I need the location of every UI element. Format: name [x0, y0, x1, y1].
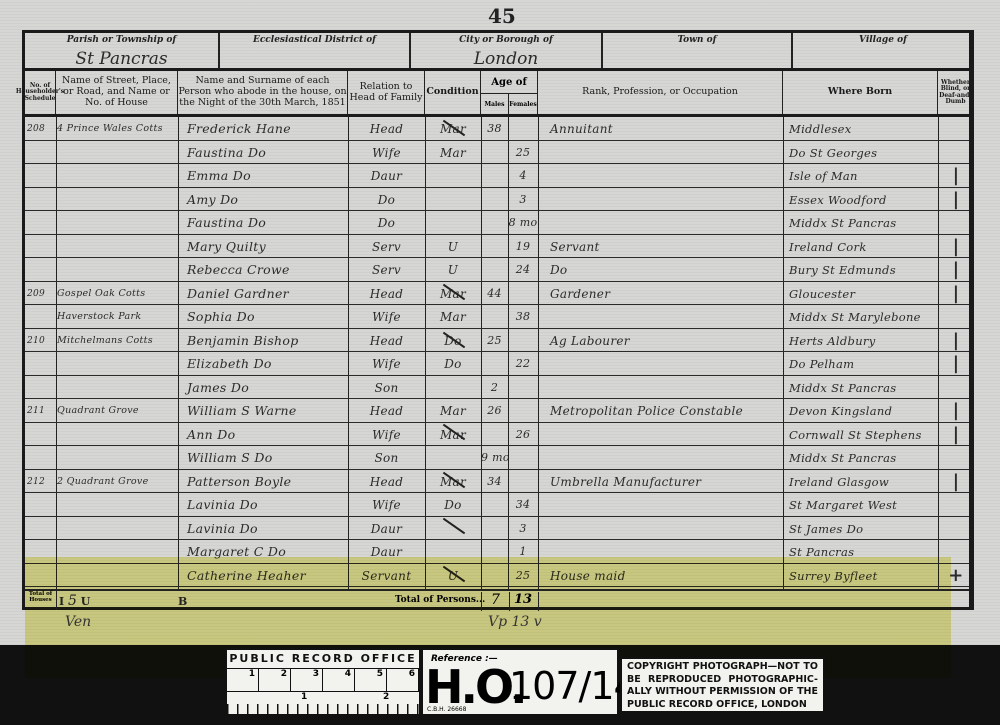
- cell-female: [508, 376, 538, 398]
- cell-occupation: [538, 141, 795, 163]
- cell-name: Mary Quilty: [181, 235, 355, 257]
- cell-schedule: 209: [27, 282, 57, 304]
- cell-name: Catherine Heaher: [181, 564, 355, 586]
- totals-row: Total of Houses I 5 U B Total of Persons…: [25, 589, 969, 610]
- cell-female: 25: [508, 564, 538, 586]
- cell-male: [481, 493, 508, 515]
- cell-occupation: Do: [538, 258, 795, 280]
- census-page: 45 Parish or Township of St Pancras Eccl…: [0, 0, 1000, 645]
- cell-blind: [938, 517, 974, 539]
- cell-blind: [938, 376, 974, 398]
- table-row: Ann DoWifeMar26Cornwall St Stephens|: [25, 423, 969, 447]
- cell-born: St Margaret West: [783, 493, 944, 515]
- cell-blind: |: [938, 423, 974, 445]
- cell-relation: Do: [348, 188, 425, 210]
- cell-blind: |: [938, 164, 974, 186]
- cell-name: Faustina Do: [181, 211, 355, 233]
- cell-condition: Mar: [425, 399, 481, 421]
- cell-female: [508, 329, 538, 351]
- cell-female: [508, 446, 538, 468]
- cell-schedule: [27, 305, 57, 327]
- cell-schedule: [27, 211, 57, 233]
- ecclesiastical-district-field: Ecclesiastical District of: [220, 33, 411, 68]
- cell-relation: Wife: [348, 305, 425, 327]
- cell-name: Faustina Do: [181, 141, 355, 163]
- cell-street: [57, 258, 179, 280]
- cell-female: [508, 470, 538, 492]
- cell-street: [57, 493, 179, 515]
- cell-male: [481, 258, 508, 280]
- cell-schedule: [27, 141, 57, 163]
- cell-born: Middx St Pancras: [783, 446, 944, 468]
- cell-blind: |: [938, 470, 974, 492]
- cell-schedule: [27, 352, 57, 374]
- cell-male: 2: [481, 376, 508, 398]
- cell-street: [57, 517, 179, 539]
- cell-street: [57, 352, 179, 374]
- cell-blind: |: [938, 329, 974, 351]
- cell-name: Margaret C Do: [181, 540, 355, 562]
- cell-schedule: [27, 517, 57, 539]
- cell-born: St Pancras: [783, 540, 944, 562]
- cell-name: Benjamin Bishop: [181, 329, 355, 351]
- cell-male: [481, 564, 508, 586]
- cell-schedule: [27, 164, 57, 186]
- cell-schedule: 212: [27, 470, 57, 492]
- cell-born: Ireland Glasgow: [783, 470, 944, 492]
- cell-condition: [425, 376, 481, 398]
- cell-born: Herts Aldbury: [783, 329, 944, 351]
- col-females: Females: [508, 94, 538, 114]
- cell-condition: Do: [425, 352, 481, 374]
- cell-occupation: [538, 376, 795, 398]
- cell-born: Ireland Cork: [783, 235, 944, 257]
- table-row: Haverstock ParkSophia DoWifeMar38Middx S…: [25, 305, 969, 329]
- cell-schedule: [27, 188, 57, 210]
- cell-condition: [425, 446, 481, 468]
- cell-born: Bury St Edmunds: [783, 258, 944, 280]
- reference-box: Reference :— H.O. 107/1498 C.B.H. 26668: [421, 648, 619, 716]
- table-row: Rebecca CroweServU24DoBury St Edmunds|: [25, 258, 969, 282]
- total-houses-label: Total of Houses: [25, 591, 57, 610]
- cell-street: [57, 376, 179, 398]
- col-males: Males: [481, 94, 509, 114]
- cell-male: 26: [481, 399, 508, 421]
- col-blind-deaf: Whether Blind, or Deaf-and-Dumb: [938, 71, 973, 114]
- cell-name: Amy Do: [181, 188, 355, 210]
- cell-born: Gloucester: [783, 282, 944, 304]
- ruler-inch-scale: 1 2: [227, 692, 419, 714]
- cell-name: Emma Do: [181, 164, 355, 186]
- cell-blind: |: [938, 352, 974, 374]
- cell-relation: Son: [348, 446, 425, 468]
- cell-street: [57, 564, 179, 586]
- cell-occupation: Umbrella Manufacturer: [538, 470, 795, 492]
- cell-blind: |: [938, 282, 974, 304]
- cell-condition: Do: [425, 493, 481, 515]
- cell-female: 3: [508, 517, 538, 539]
- census-entries: 2084 Prince Wales CottsFrederick HaneHea…: [25, 117, 969, 589]
- parish-field: Parish or Township of St Pancras: [25, 33, 220, 68]
- table-row: 2122 Quadrant GrovePatterson BoyleHeadMa…: [25, 470, 969, 494]
- cell-female: 4: [508, 164, 538, 186]
- cell-blind: |: [938, 235, 974, 257]
- margin-note-right: Vp 13 v: [488, 614, 542, 630]
- cell-schedule: [27, 564, 57, 586]
- cell-street: [57, 141, 179, 163]
- cell-relation: Servant: [348, 564, 425, 586]
- copyright-notice: COPYRIGHT PHOTOGRAPH—NOT TO BE REPRODUCE…: [620, 657, 825, 713]
- cell-male: 25: [481, 329, 508, 351]
- parish-value: St Pancras: [25, 49, 218, 69]
- ruler-cm-scale: 123456: [227, 668, 419, 692]
- cell-condition: [425, 164, 481, 186]
- cell-male: [481, 211, 508, 233]
- cell-born: Cornwall St Stephens: [783, 423, 944, 445]
- page-number: 45: [488, 4, 516, 28]
- table-row: Faustina DoWifeMar25Do St Georges: [25, 141, 969, 165]
- table-row: 210Mitchelmans CottsBenjamin BishopHeadD…: [25, 329, 969, 353]
- cell-schedule: [27, 376, 57, 398]
- cell-female: 3: [508, 188, 538, 210]
- table-row: William S DoSon9 moMiddx St Pancras: [25, 446, 969, 470]
- margin-note-left: Ven: [65, 614, 91, 630]
- cell-blind: [938, 305, 974, 327]
- cell-male: [481, 423, 508, 445]
- table-row: Mary QuiltyServU19ServantIreland Cork|: [25, 235, 969, 259]
- cell-female: 8 mo: [508, 211, 538, 233]
- table-row: Margaret C DoDaur1St Pancras: [25, 540, 969, 564]
- cell-female: 1: [508, 540, 538, 562]
- cell-relation: Wife: [348, 352, 425, 374]
- census-form: Parish or Township of St Pancras Ecclesi…: [22, 30, 974, 610]
- cell-female: 22: [508, 352, 538, 374]
- cell-occupation: Annuitant: [538, 117, 795, 139]
- public-record-office-ruler: PUBLIC RECORD OFFICE 123456 1 2: [225, 648, 421, 716]
- cell-blind: [938, 540, 974, 562]
- table-row: James DoSon2Middx St Pancras: [25, 376, 969, 400]
- cell-born: Essex Woodford: [783, 188, 944, 210]
- column-headers: No. of Householder's Schedule Name of St…: [25, 71, 969, 117]
- table-row: Emma DoDaur4Isle of Man|: [25, 164, 969, 188]
- city-field: City or Borough of London: [411, 33, 603, 68]
- table-row: 211Quadrant GroveWilliam S WarneHeadMar2…: [25, 399, 969, 423]
- cell-female: 19: [508, 235, 538, 257]
- cell-name: James Do: [181, 376, 355, 398]
- cell-street: [57, 446, 179, 468]
- table-row: Amy DoDo3Essex Woodford|: [25, 188, 969, 212]
- cell-blind: |: [938, 258, 974, 280]
- cell-schedule: [27, 235, 57, 257]
- cell-occupation: House maid: [538, 564, 795, 586]
- cell-occupation: Servant: [538, 235, 795, 257]
- cell-female: 34: [508, 493, 538, 515]
- cell-female: [508, 117, 538, 139]
- cell-born: Isle of Man: [783, 164, 944, 186]
- cell-name: Elizabeth Do: [181, 352, 355, 374]
- town-field: Town of: [603, 33, 793, 68]
- cell-name: Daniel Gardner: [181, 282, 355, 304]
- cell-relation: Head: [348, 399, 425, 421]
- cell-name: Rebecca Crowe: [181, 258, 355, 280]
- cell-occupation: [538, 164, 795, 186]
- total-persons-label: Total of Persons...: [395, 595, 485, 605]
- cell-street: Gospel Oak Cotts: [57, 282, 179, 304]
- cell-name: Ann Do: [181, 423, 355, 445]
- cell-female: [508, 282, 538, 304]
- cell-female: 26: [508, 423, 538, 445]
- cell-street: [57, 540, 179, 562]
- cell-schedule: [27, 258, 57, 280]
- cell-female: 25: [508, 141, 538, 163]
- cell-relation: Wife: [348, 493, 425, 515]
- col-name: Name and Surname of each Person who abod…: [178, 71, 348, 114]
- cell-male: 34: [481, 470, 508, 492]
- cell-occupation: [538, 540, 795, 562]
- cell-condition: Mar: [425, 423, 481, 445]
- cell-street: 2 Quadrant Grove: [57, 470, 179, 492]
- cell-occupation: Metropolitan Police Constable: [538, 399, 795, 421]
- col-schedule: No. of Householder's Schedule: [25, 71, 56, 114]
- cell-occupation: Ag Labourer: [538, 329, 795, 351]
- cell-female: 24: [508, 258, 538, 280]
- cell-occupation: [538, 211, 795, 233]
- cell-street: [57, 211, 179, 233]
- cell-schedule: [27, 446, 57, 468]
- cell-schedule: [27, 493, 57, 515]
- cell-name: Lavinia Do: [181, 517, 355, 539]
- cell-occupation: [538, 352, 795, 374]
- cell-relation: Do: [348, 211, 425, 233]
- cell-male: [481, 352, 508, 374]
- cell-born: Devon Kingsland: [783, 399, 944, 421]
- cell-occupation: [538, 423, 795, 445]
- cell-blind: +: [938, 564, 974, 586]
- total-females: 13: [508, 592, 539, 611]
- cell-blind: |: [938, 188, 974, 210]
- cell-blind: [938, 117, 974, 139]
- cell-street: 4 Prince Wales Cotts: [57, 117, 179, 139]
- cell-name: Sophia Do: [181, 305, 355, 327]
- col-occupation: Rank, Profession, or Occupation: [538, 71, 783, 114]
- cell-occupation: Gardener: [538, 282, 795, 304]
- cell-relation: Head: [348, 470, 425, 492]
- col-street: Name of Street, Place, or Road, and Name…: [56, 71, 178, 114]
- cell-name: Frederick Hane: [181, 117, 355, 139]
- cell-born: St James Do: [783, 517, 944, 539]
- table-row: Lavinia DoDaur3St James Do: [25, 517, 969, 541]
- cell-relation: Daur: [348, 540, 425, 562]
- cell-blind: [938, 211, 974, 233]
- cell-street: [57, 235, 179, 257]
- cell-street: Quadrant Grove: [57, 399, 179, 421]
- cell-relation: Head: [348, 329, 425, 351]
- cell-condition: U: [425, 258, 481, 280]
- cell-name: Lavinia Do: [181, 493, 355, 515]
- city-value: London: [411, 49, 601, 69]
- cell-condition: Mar: [425, 305, 481, 327]
- table-row: 2084 Prince Wales CottsFrederick HaneHea…: [25, 117, 969, 141]
- cell-occupation: [538, 305, 795, 327]
- cell-born: Middx St Marylebone: [783, 305, 944, 327]
- village-field: Village of: [793, 33, 973, 68]
- cell-born: Middlesex: [783, 117, 944, 139]
- cell-male: [481, 305, 508, 327]
- cell-born: Do St Georges: [783, 141, 944, 163]
- cell-condition: U: [425, 235, 481, 257]
- cell-schedule: 210: [27, 329, 57, 351]
- col-relation: Relation to Head of Family: [348, 71, 425, 114]
- table-row: Catherine HeaherServantU25House maidSurr…: [25, 564, 969, 588]
- cell-schedule: 211: [27, 399, 57, 421]
- cell-schedule: 208: [27, 117, 57, 139]
- cell-name: William S Warne: [181, 399, 355, 421]
- cell-relation: Serv: [348, 235, 425, 257]
- cell-relation: Head: [348, 117, 425, 139]
- cell-born: Middx St Pancras: [783, 211, 944, 233]
- houses-inhabited: I 5 U B: [59, 593, 187, 609]
- cell-condition: Mar: [425, 141, 481, 163]
- cell-relation: Daur: [348, 517, 425, 539]
- table-row: Elizabeth DoWifeDo22Do Pelham|: [25, 352, 969, 376]
- cell-relation: Wife: [348, 423, 425, 445]
- cell-relation: Head: [348, 282, 425, 304]
- cell-male: [481, 540, 508, 562]
- cell-occupation: [538, 446, 795, 468]
- cell-relation: Wife: [348, 141, 425, 163]
- cell-blind: [938, 493, 974, 515]
- table-row: Lavinia DoWifeDo34St Margaret West: [25, 493, 969, 517]
- cell-male: [481, 517, 508, 539]
- cell-male: 9 mo: [481, 446, 508, 468]
- cell-male: 38: [481, 117, 508, 139]
- cell-street: Haverstock Park: [57, 305, 179, 327]
- cell-street: [57, 188, 179, 210]
- cell-male: 44: [481, 282, 508, 304]
- cell-occupation: [538, 493, 795, 515]
- cell-relation: Daur: [348, 164, 425, 186]
- cell-condition: [425, 211, 481, 233]
- cell-name: Patterson Boyle: [181, 470, 355, 492]
- cell-born: Middx St Pancras: [783, 376, 944, 398]
- cell-born: Do Pelham: [783, 352, 944, 374]
- cell-schedule: [27, 423, 57, 445]
- cell-male: [481, 235, 508, 257]
- cell-blind: [938, 446, 974, 468]
- cell-male: [481, 188, 508, 210]
- cell-relation: Son: [348, 376, 425, 398]
- total-males: 7: [481, 592, 510, 611]
- cell-condition: [425, 517, 481, 539]
- location-header: Parish or Township of St Pancras Ecclesi…: [25, 33, 969, 71]
- table-row: Faustina DoDo8 moMiddx St Pancras: [25, 211, 969, 235]
- col-age: Age of Males Females: [481, 71, 538, 114]
- cell-street: [57, 423, 179, 445]
- cell-female: 38: [508, 305, 538, 327]
- cell-blind: [938, 141, 974, 163]
- cell-female: [508, 399, 538, 421]
- cell-relation: Serv: [348, 258, 425, 280]
- cell-blind: |: [938, 399, 974, 421]
- cell-male: [481, 141, 508, 163]
- cell-occupation: [538, 517, 795, 539]
- cell-schedule: [27, 540, 57, 562]
- col-condition: Condition: [425, 71, 481, 114]
- table-row: 209Gospel Oak CottsDaniel GardnerHeadMar…: [25, 282, 969, 306]
- cell-occupation: [538, 188, 795, 210]
- cell-born: Surrey Byfleet: [783, 564, 944, 586]
- cell-name: William S Do: [181, 446, 355, 468]
- cell-condition: [425, 188, 481, 210]
- cell-street: [57, 164, 179, 186]
- cell-male: [481, 164, 508, 186]
- cell-condition: [425, 540, 481, 562]
- col-where-born: Where Born: [783, 71, 938, 114]
- cell-street: Mitchelmans Cotts: [57, 329, 179, 351]
